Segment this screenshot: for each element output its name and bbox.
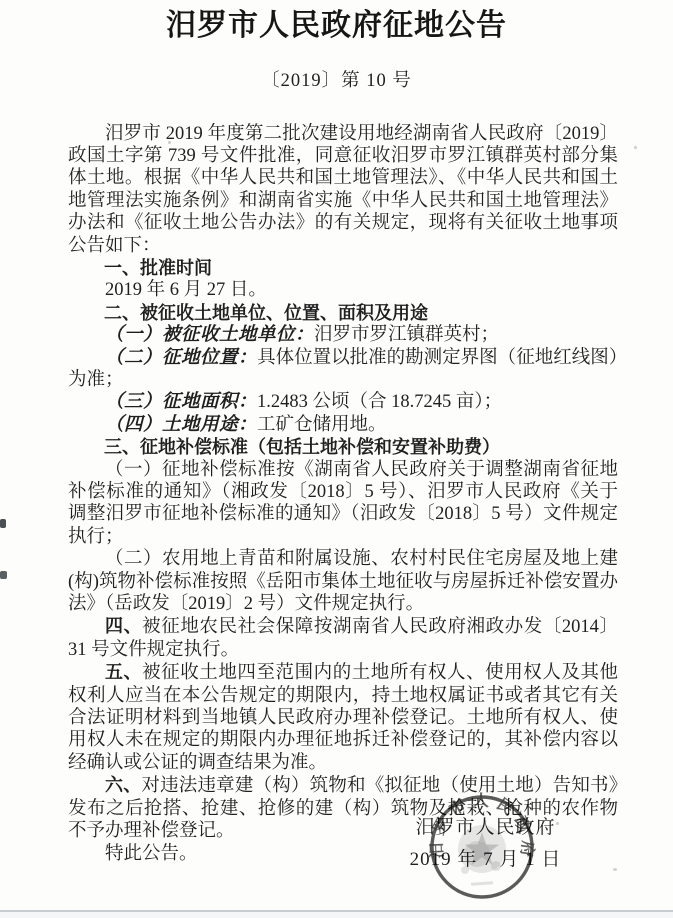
item-area-value: 1.2483 公顷（合 18.7245 亩）； <box>257 392 502 412</box>
scan-speck <box>433 156 436 159</box>
intro-paragraph: 汨罗市 2019 年度第二批次建设用地经湖南省人民政府〔2019〕政国土字第 7… <box>68 123 618 257</box>
section-1-heading: 一、批准时间 <box>68 257 618 279</box>
scanned-document-page: 汨罗市人民政府征地公告 〔2019〕第 10 号 汨罗市 2019 年度第二批次… <box>0 0 673 918</box>
item-area: （三）征地面积：1.2483 公顷（合 18.7245 亩）； <box>68 391 618 413</box>
item-land-use-label: （四）土地用途： <box>105 415 257 435</box>
section-4-number: 四、 <box>105 616 142 636</box>
item-location: （二）征地位置：具体位置以批准的勘测定界图（征地红线图）为准； <box>68 347 618 392</box>
compensation-standard-paragraph: （一）征地补偿标准按《湖南省人民政府关于调整湖南省征地补偿标准的通知》（湘政发〔… <box>68 459 618 549</box>
section-5-number: 五、 <box>105 662 142 682</box>
scan-speck <box>634 146 637 149</box>
attachment-compensation-paragraph: （二）农用地上青苗和附属设施、农村村民住宅房屋及地上建(构)筑物补偿标准按照《岳… <box>68 548 618 615</box>
item-land-unit-value: 汨罗市罗江镇群英村； <box>314 325 499 345</box>
scan-speck <box>168 141 171 144</box>
scan-speck <box>0 571 7 579</box>
section-2-heading: 二、被征收土地单位、位置、面积及用途 <box>68 302 618 324</box>
scan-edge-area <box>0 912 673 918</box>
item-land-use: （四）土地用途：工矿仓储用地。 <box>68 414 618 436</box>
section-4-text: 被征地农民社会保障按湖南省人民政府湘政办发〔2014〕31 号文件规定执行。 <box>68 617 618 659</box>
seal-emblem <box>458 825 506 886</box>
section-4-paragraph: 四、被征地农民社会保障按湖南省人民政府湘政办发〔2014〕31 号文件规定执行。 <box>68 615 618 661</box>
section-3-heading: 三、征地补偿标准（包括土地补偿和安置补助费） <box>68 436 618 458</box>
doc-number: 〔2019〕第 10 号 <box>0 69 673 93</box>
item-location-label: （二）征地位置： <box>105 348 257 368</box>
section-5-text: 被征收土地四至范围内的土地所有权人、使用权人及其他权利人应当在本公告规定的期限内… <box>68 663 618 773</box>
section-5-paragraph: 五、被征收土地四至范围内的土地所有权人、使用权人及其他权利人应当在本公告规定的期… <box>68 661 618 774</box>
item-area-label: （三）征地面积： <box>105 392 257 412</box>
scan-speck <box>613 868 617 871</box>
official-seal: 汨罗市人民政府 <box>427 792 537 902</box>
page-title: 汨罗市人民政府征地公告 <box>0 6 673 47</box>
scan-speck <box>0 519 6 528</box>
approval-date-paragraph: 2019 年 6 月 27 日。 <box>68 279 618 301</box>
item-land-unit: （一）被征收土地单位：汨罗市罗江镇群英村； <box>68 324 618 346</box>
scan-speck <box>556 822 559 825</box>
item-land-unit-label: （一）被征收土地单位： <box>105 325 314 345</box>
document-body: 汨罗市 2019 年度第二批次建设用地经湖南省人民政府〔2019〕政国土字第 7… <box>68 123 618 865</box>
item-land-use-value: 工矿仓储用地。 <box>257 415 387 435</box>
section-6-number: 六、 <box>105 775 141 795</box>
